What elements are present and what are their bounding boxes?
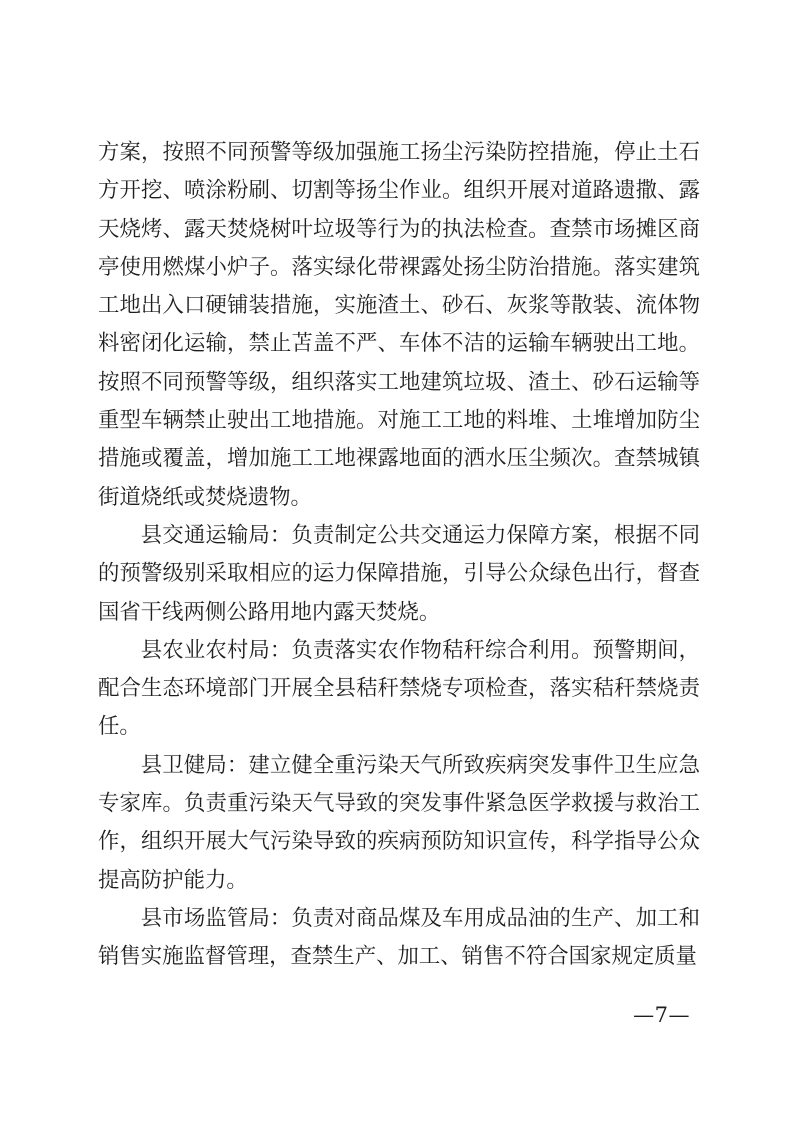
page-number: —7—: [633, 1001, 690, 1029]
paragraph-dust-control-continuation: 方案，按照不同预警等级加强施工扬尘污染防控措施，停止土石方开挖、喷涂粉刷、切割等…: [98, 134, 700, 517]
document-page: 方案，按照不同预警等级加强施工扬尘污染防控措施，停止土石方开挖、喷涂粉刷、切割等…: [0, 0, 793, 1122]
paragraph-health-bureau: 县卫健局：建立健全重污染天气所致疾病突发事件卫生应急专家库。负责重污染天气导致的…: [98, 747, 700, 900]
paragraph-agriculture-bureau: 县农业农村局：负责落实农作物秸秆综合利用。预警期间，配合生态环境部门开展全县秸秆…: [98, 632, 700, 747]
document-body: 方案，按照不同预警等级加强施工扬尘污染防控措施，停止土石方开挖、喷涂粉刷、切割等…: [98, 134, 700, 977]
paragraph-market-supervision-bureau: 县市场监管局：负责对商品煤及车用成品油的生产、加工和销售实施监督管理，查禁生产、…: [98, 900, 700, 977]
paragraph-transport-bureau: 县交通运输局：负责制定公共交通运力保障方案，根据不同的预警级别采取相应的运力保障…: [98, 517, 700, 632]
